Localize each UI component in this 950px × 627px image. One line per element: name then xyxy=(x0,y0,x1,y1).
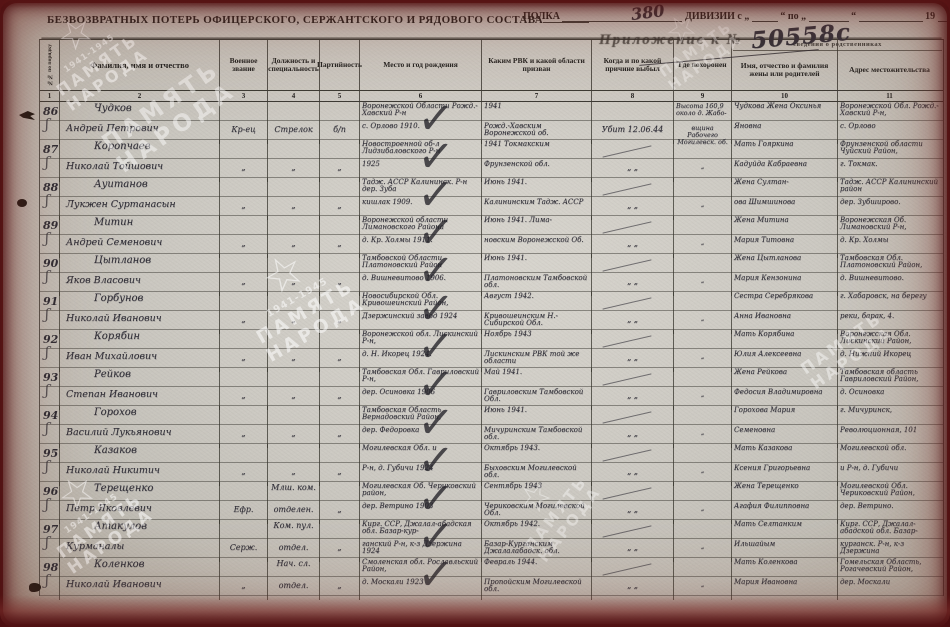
cell-address: г. Хабаровск, на берегу реки, барак, 4. xyxy=(838,292,941,334)
given-names: Николай Иванович xyxy=(60,578,219,598)
cell-duty: Стрелок xyxy=(268,102,320,144)
polka-label: ПОЛКА xyxy=(523,11,560,22)
cell-burial: „ xyxy=(674,558,732,600)
given-names: Андрей Петрович xyxy=(60,122,219,142)
cell-party: „ xyxy=(320,254,360,296)
row-number: 87 xyxy=(40,140,59,156)
cell-duty: „ xyxy=(268,368,320,410)
cell-address: Кирг. ССР, Джалал-абадской обл. Базар- к… xyxy=(838,520,941,562)
surname: Корябин xyxy=(60,330,219,350)
cell-loss: „ „ xyxy=(592,292,674,334)
cell-burial: „ xyxy=(674,178,732,220)
cell-loss: „ „ xyxy=(592,368,674,410)
column-header-label: Где похоронен xyxy=(678,61,726,70)
column-header: Каким РВК и какой области призван xyxy=(482,40,592,90)
cell-party: „ xyxy=(320,520,360,562)
row-number: 93 xyxy=(40,368,59,384)
division-label: ДИВИЗИИ с „ xyxy=(685,11,749,22)
table-row: 86 Чудков Андрей Петрович Кр-ец Стрелок … xyxy=(40,102,943,140)
row-number: 95 xyxy=(40,444,59,460)
column-header: Партийность xyxy=(320,40,360,90)
column-header-label: Место и год рождения xyxy=(383,61,458,70)
surname: Горохов xyxy=(60,406,219,426)
year-blank xyxy=(938,10,947,22)
column-header: Фамилия, имя и отчество xyxy=(60,40,220,90)
surname: Митин xyxy=(60,216,219,236)
surname: Ауитанов xyxy=(60,178,219,198)
cell-address: Воронежской Обл. Рожд.-Хавский Р-н, с. О… xyxy=(838,102,941,144)
cell-name: Митин Андрей Семенович xyxy=(60,216,220,258)
cell-draft-office: Август 1942. Кривошеинским Н.-Сибирской … xyxy=(482,292,592,334)
column-number: 1 xyxy=(40,91,60,101)
table-row: 98 Коленков Николай Иванович „ Нач. сл. … xyxy=(40,558,943,596)
surname: Коленков xyxy=(60,558,219,578)
row-number: 97 xyxy=(40,520,59,536)
cell-loss: „ „ xyxy=(592,520,674,562)
column-number-row: 1234567891011 xyxy=(40,91,943,102)
given-names: Иван Михайлович xyxy=(60,350,219,370)
cell-loss: „ „ xyxy=(592,406,674,448)
ink-mark xyxy=(19,111,35,120)
pencil-slash xyxy=(603,221,652,233)
cell-duty: „ xyxy=(268,254,320,296)
cell-birthplace: Могилевская Обл. и Р-н, д. Губичи 1924 xyxy=(360,444,482,486)
cell-relative: Мать Селтанким Ильшайым xyxy=(732,520,838,562)
table-row: 88 Ауитанов Лукжен Суртанасын „ „ „ Тадж… xyxy=(40,178,943,216)
column-number: 8 xyxy=(592,91,674,101)
cell-address: Тамбовская Обл. Платоновский Район, д. В… xyxy=(838,254,941,296)
surname: Горбунов xyxy=(60,292,219,312)
cell-draft-office: Июнь 1941. Лима- новским Воронежской Об. xyxy=(482,216,592,258)
pencil-slash xyxy=(603,525,652,537)
cell-party: „ xyxy=(320,330,360,372)
cell-relative: Жена Митина Мария Титовна xyxy=(732,216,838,258)
row-number: 96 xyxy=(40,482,59,498)
column-header-label: Когда и по какой причине выбыл xyxy=(594,57,671,74)
cell-relative: Мать Гояркина Кадуйда Кабраевна xyxy=(732,140,838,182)
table-row: 96 Терещенко Петр Яковлевич Ефр. Млш. ко… xyxy=(40,482,943,520)
column-header-label: Военное звание xyxy=(222,57,265,74)
table-row: 95 Казаков Николай Никитич „ „ „ Могилев… xyxy=(40,444,943,482)
table-row: 90 Цытланов Яков Власович „ „ „ Тамбовск… xyxy=(40,254,943,292)
column-header-label: Фамилия, имя и отчество xyxy=(90,60,189,70)
cell-name: Корябин Иван Михайлович xyxy=(60,330,220,372)
cell-birthplace: Воронежской обл. Лискинский Р-н, д. Н. И… xyxy=(360,330,482,372)
document-title: БЕЗВОЗВРАТНЫХ ПОТЕРЬ ОФИЦЕРСКОГО, СЕРЖАН… xyxy=(47,14,543,26)
pencil-slash xyxy=(603,145,652,157)
cell-address: Воронежская Обл. Лискинский Район, д. Ни… xyxy=(838,330,941,372)
cell-burial: „ xyxy=(674,292,732,334)
surname: Казаков xyxy=(60,444,219,464)
surname: Чудков xyxy=(60,102,219,122)
scanned-casualty-list: { "page": { "title_line": "БЕЗВОЗВРАТНЫХ… xyxy=(0,0,950,627)
surname: Рейков xyxy=(60,368,219,388)
column-header: Место и год рождения xyxy=(360,40,482,90)
cell-loss: „ „ xyxy=(592,330,674,372)
casualty-table: сведения о родственниках №№ по порядкуФа… xyxy=(39,39,944,596)
table-row: 89 Митин Андрей Семенович „ „ „ Воронежс… xyxy=(40,216,943,254)
scan-background: БЕЗВОЗВРАТНЫХ ПОТЕРЬ ОФИЦЕРСКОГО, СЕРЖАН… xyxy=(0,0,950,627)
year-label: 19 xyxy=(925,11,935,22)
cell-duty: „ xyxy=(268,406,320,448)
cell-duty: Млш. ком. отделен. xyxy=(268,482,320,524)
division-blank-3 xyxy=(859,10,923,22)
cell-burial: „ xyxy=(674,330,732,372)
cell-relative: Горохова Мария Семеновна xyxy=(732,406,838,448)
cell-rank: „ xyxy=(220,140,268,182)
cell-party: „ xyxy=(320,558,360,600)
row-number: 88 xyxy=(40,178,59,194)
given-names: Яков Власович xyxy=(60,274,219,294)
cell-duty: „ xyxy=(268,216,320,258)
cell-rank: „ xyxy=(220,292,268,334)
cell-relative: Чудкова Жена Оксинья Яновна xyxy=(732,102,838,144)
cell-name: Казаков Николай Никитич xyxy=(60,444,220,486)
given-names: Николай Иванович xyxy=(60,312,219,332)
cell-loss: „ „ xyxy=(592,216,674,258)
pencil-slash xyxy=(603,487,652,499)
cell-rank: „ xyxy=(220,216,268,258)
cell-loss: „ „ xyxy=(592,254,674,296)
cell-duty: Нач. сл. отдел. xyxy=(268,558,320,600)
column-header-label: Каким РВК и какой области призван xyxy=(484,57,589,74)
cell-duty: „ xyxy=(268,292,320,334)
cell-duty: Ком. пул. отдел. xyxy=(268,520,320,562)
cell-draft-office: 1941 Рожд.-Хавским Воронежской об. xyxy=(482,102,592,144)
cell-name: Ауитанов Лукжен Суртанасын xyxy=(60,178,220,220)
cell-relative: Жена Цытланова Мария Кензонина xyxy=(732,254,838,296)
cell-birthplace: Тамбовская Область Вернадовский Район, д… xyxy=(360,406,482,448)
cell-draft-office: Октябрь 1943. Быховским Могилевской обл. xyxy=(482,444,592,486)
row-number: 89 xyxy=(40,216,59,232)
column-header: Должность и специальность xyxy=(268,40,320,90)
attachment-stamp: Приложение к № 50558с xyxy=(599,31,742,49)
cell-address: Тамбовская область Гавриловский Район, д… xyxy=(838,368,941,410)
column-number: 7 xyxy=(482,91,592,101)
cell-birthplace: Кирг. ССР, Джалал-абадская обл. Базар-ку… xyxy=(360,520,482,562)
cell-birthplace: Новосибирской Обл. Кривошеинский Район, … xyxy=(360,292,482,334)
cell-rank: „ xyxy=(220,558,268,600)
cell-relative: Мать Казакова Ксения Григорьевна xyxy=(732,444,838,486)
cell-rank: „ xyxy=(220,178,268,220)
column-number: 9 xyxy=(674,91,732,101)
column-number: 5 xyxy=(320,91,360,101)
cell-party: „ xyxy=(320,482,360,524)
cell-draft-office: Февраль 1944. Пропойским Могилевской обл… xyxy=(482,558,592,600)
cell-address: Фрунзенской области Чуйский Район, г. То… xyxy=(838,140,941,182)
cell-loss: „ „ xyxy=(592,140,674,182)
pencil-slash xyxy=(603,297,652,309)
cell-draft-office: Июнь 1941. Мичуринским Тамбовской обл. xyxy=(482,406,592,448)
column-header-label: Партийность xyxy=(317,61,362,70)
cell-draft-office: Май 1941. Гавриловским Тамбовской Обл. xyxy=(482,368,592,410)
cell-address: Гомельская Область, Рогачевский Район, д… xyxy=(838,558,941,600)
cell-relative: Сестра Серебрякова Анна Ивановна xyxy=(732,292,838,334)
column-number: 6 xyxy=(360,91,482,101)
cell-loss: „ „ xyxy=(592,482,674,524)
cell-birthplace: Воронежской области Лимановского Района … xyxy=(360,216,482,258)
cell-name: Цытланов Яков Власович xyxy=(60,254,220,296)
cell-name: Чудков Андрей Петрович xyxy=(60,102,220,144)
cell-draft-office: Сентябрь 1943 Чериковским Могилевской Об… xyxy=(482,482,592,524)
given-names: Петр Яковлевич xyxy=(60,502,219,522)
cell-duty: „ xyxy=(268,444,320,486)
column-header-label: Имя, отчество и фамилия жены или родител… xyxy=(734,62,835,79)
cell-birthplace: Тадж. АССР Калининск. Р-н дер. Зуба кишл… xyxy=(360,178,482,220)
cell-party: „ xyxy=(320,292,360,334)
cell-address: г. Мичуринск, Революционная, 101 xyxy=(838,406,941,448)
cell-duty: „ xyxy=(268,140,320,182)
table-body: 86 Чудков Андрей Петрович Кр-ец Стрелок … xyxy=(40,102,943,596)
cell-burial: „ xyxy=(674,140,732,182)
cell-burial: „ xyxy=(674,444,732,486)
column-header-label: Адрес местожительства xyxy=(849,66,930,75)
pencil-slash xyxy=(603,259,652,271)
polka-division-line: ПОЛКА 380 ДИВИЗИИ с „ “ по „ “ 19 г. xyxy=(523,10,947,22)
cell-rank: „ xyxy=(220,444,268,486)
cell-name: Терещенко Петр Яковлевич xyxy=(60,482,220,524)
given-names: Николай Никитич xyxy=(60,464,219,484)
cell-burial: „ xyxy=(674,254,732,296)
surname: Коропчаев xyxy=(60,140,219,160)
cell-burial: „ xyxy=(674,368,732,410)
pencil-slash xyxy=(603,411,652,423)
cell-rank: Ефр. xyxy=(220,482,268,524)
column-header: Военное звание xyxy=(220,40,268,90)
surname: Атакулов xyxy=(60,520,219,540)
cell-duty: „ xyxy=(268,330,320,372)
row-number: 91 xyxy=(40,292,59,308)
cell-rank: „ xyxy=(220,406,268,448)
column-number: 4 xyxy=(268,91,320,101)
cell-relative: Мать Коленкова Мария Ивановна xyxy=(732,558,838,600)
cell-rank: „ xyxy=(220,330,268,372)
cell-birthplace: Могилевская Об. Чериковский район, дер. … xyxy=(360,482,482,524)
cell-rank: „ xyxy=(220,368,268,410)
pencil-slash xyxy=(603,373,652,385)
cell-burial: „ xyxy=(674,406,732,448)
cell-address: Тадж. АССР Калининский район дер. Зубшир… xyxy=(838,178,941,220)
cell-address: Могилевской обл. и Р-н, д. Губичи xyxy=(838,444,941,486)
cell-name: Коропчаев Николай Тойшович xyxy=(60,140,220,182)
cell-name: Коленков Николай Иванович xyxy=(60,558,220,600)
pencil-slash xyxy=(603,563,652,575)
column-header: №№ по порядку xyxy=(40,40,60,90)
table-row: 87 Коропчаев Николай Тойшович „ „ „ Ново… xyxy=(40,140,943,178)
cell-party: „ xyxy=(320,368,360,410)
given-names: Лукжен Суртанасын xyxy=(60,198,219,218)
row-number: 90 xyxy=(40,254,59,270)
cell-loss: „ „ xyxy=(592,444,674,486)
given-names: Курманалы xyxy=(60,540,219,560)
row-number: 86 xyxy=(40,102,59,118)
cell-party: „ xyxy=(320,444,360,486)
given-names: Василий Лукьянович xyxy=(60,426,219,446)
row-number: 94 xyxy=(40,406,59,422)
cell-birthplace: Смоленская обл. Рославльский Район, д. М… xyxy=(360,558,482,600)
cell-party: „ xyxy=(320,406,360,448)
row-number: 92 xyxy=(40,330,59,346)
column-number: 10 xyxy=(732,91,838,101)
pencil-slash xyxy=(603,183,652,195)
cell-name: Горохов Василий Лукьянович xyxy=(60,406,220,448)
cell-birthplace: Тамбовской Области Платоновский Район д.… xyxy=(360,254,482,296)
column-number: 3 xyxy=(220,91,268,101)
cell-party: „ xyxy=(320,216,360,258)
row-number: 98 xyxy=(40,558,59,574)
given-names: Степан Иванович xyxy=(60,388,219,408)
cell-rank: Серж. xyxy=(220,520,268,562)
cell-party: б/п xyxy=(320,102,360,144)
cell-rank: Кр-ец xyxy=(220,102,268,144)
cell-birthplace: Новостроенной об-л Лидзибаловского Р-н 1… xyxy=(360,140,482,182)
table-row: 97 Атакулов Курманалы Серж. Ком. пул. от… xyxy=(40,520,943,558)
surname: Цытланов xyxy=(60,254,219,274)
cell-draft-office: 1941 Токмакским Фрунзенской обл. xyxy=(482,140,592,182)
column-number: 11 xyxy=(838,91,941,101)
cell-burial: „ xyxy=(674,482,732,524)
column-number: 2 xyxy=(60,91,220,101)
cell-name: Горбунов Николай Иванович xyxy=(60,292,220,334)
cell-draft-office: Июнь 1941. Калининским Тадж. АССР xyxy=(482,178,592,220)
table-row: 93 Рейков Степан Иванович „ „ „ Тамбовск… xyxy=(40,368,943,406)
close-quote: “ xyxy=(851,11,856,22)
cell-draft-office: Июнь 1941. Платоновским Тамбовской обл. xyxy=(482,254,592,296)
cell-birthplace: Тамбовская Обл. Гавриловский Р-н, дер. О… xyxy=(360,368,482,410)
cell-relative: Жена Султан- ова Шимшинова xyxy=(732,178,838,220)
given-names: Николай Тойшович xyxy=(60,160,219,180)
cell-address: Могилевской Обл. Чериковский Район, дер.… xyxy=(838,482,941,524)
cell-loss: „ „ xyxy=(592,558,674,600)
table-row: 92 Корябин Иван Михайлович „ „ „ Воронеж… xyxy=(40,330,943,368)
stamp-text: Приложение к № xyxy=(599,32,742,48)
cell-relative: Жена Терещенко Агафия Филипповна xyxy=(732,482,838,524)
surname: Терещенко xyxy=(60,482,219,502)
cell-burial: Высота 160,9 около д. Жабо- вщина Рабоче… xyxy=(674,102,732,144)
cell-burial: „ xyxy=(674,216,732,258)
cell-burial: „ xyxy=(674,520,732,562)
cell-rank: „ xyxy=(220,254,268,296)
pencil-slash xyxy=(603,335,652,347)
cell-birthplace: Воронежской Области Рожд.-Хавский Р-н с.… xyxy=(360,102,482,144)
cell-draft-office: Октябрь 1942. Базар-Курганским Джалалаба… xyxy=(482,520,592,562)
given-names: Андрей Семенович xyxy=(60,236,219,256)
division-blank-1 xyxy=(752,10,778,22)
column-header-label: Должность и специальность xyxy=(268,57,319,74)
cell-party: „ xyxy=(320,178,360,220)
cell-draft-office: Ноябрь 1943 Лискинским РВК той же област… xyxy=(482,330,592,372)
cell-party: „ xyxy=(320,140,360,182)
table-row: 91 Горбунов Николай Иванович „ „ „ Новос… xyxy=(40,292,943,330)
cell-name: Рейков Степан Иванович xyxy=(60,368,220,410)
table-row: 94 Горохов Василий Лукьянович „ „ „ Тамб… xyxy=(40,406,943,444)
cell-loss: Убит 12.06.44 xyxy=(592,102,674,144)
cell-duty: „ xyxy=(268,178,320,220)
cell-name: Атакулов Курманалы xyxy=(60,520,220,562)
ink-blob xyxy=(17,199,27,207)
cell-loss: „ „ xyxy=(592,178,674,220)
cell-relative: Мать Корябина Юлия Алексеевна xyxy=(732,330,838,372)
cell-relative: Жена Рейкова Федосия Владимировна xyxy=(732,368,838,410)
po-label: “ по „ xyxy=(780,11,806,22)
column-header-label: №№ по порядку xyxy=(47,44,53,85)
pencil-slash xyxy=(603,449,652,461)
cell-address: Воронежская Об. Лимановский Р-н, д. Кр. … xyxy=(838,216,941,258)
paper-sheet: БЕЗВОЗВРАТНЫХ ПОТЕРЬ ОФИЦЕРСКОГО, СЕРЖАН… xyxy=(3,3,947,624)
